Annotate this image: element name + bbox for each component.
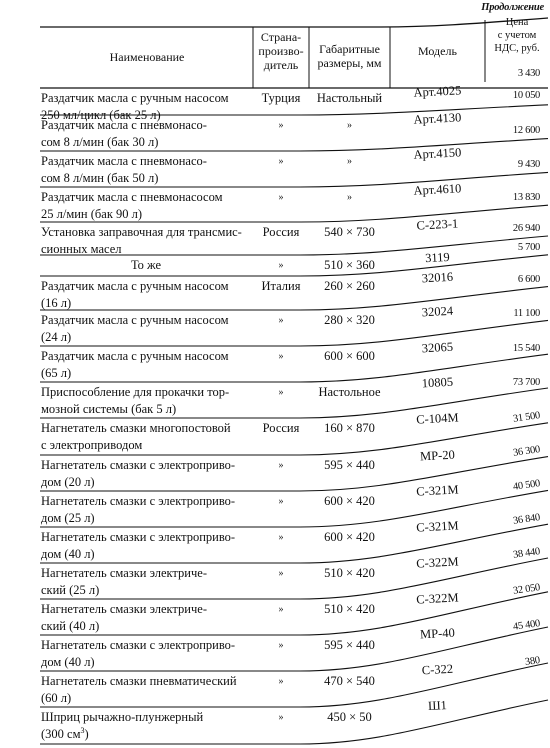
row-name-line: Раздатчик масла с ручным насосом — [41, 312, 251, 329]
row-model: 3119 — [390, 247, 486, 269]
row-name-line: (65 л) — [41, 365, 251, 382]
row-price: 38 440 — [512, 546, 540, 561]
header-price-line: НДС, руб. — [486, 42, 548, 55]
row-name-line: Нагнетатель смазки пневматический — [41, 673, 251, 690]
row-model: С-223-1 — [390, 214, 486, 236]
row-model: МР-20 — [390, 445, 486, 467]
row-name-line: ский (40 л) — [41, 618, 251, 635]
row-size: Настольный — [309, 90, 390, 107]
row-name-line: Нагнетатель смазки электриче- — [41, 601, 251, 618]
row-name: Нагнетатель смазки электриче-ский (40 л) — [41, 601, 251, 635]
row-name: Приспособление для прокачки тор-мозной с… — [41, 384, 251, 418]
row-name-line: Раздатчик масла с ручным насосом — [41, 278, 251, 295]
row-country: Италия — [253, 278, 309, 295]
row-name: Раздатчик масла с пневмонасосом25 л/мин … — [41, 189, 251, 223]
row-name: Раздатчик масла с пневмонасо-сом 8 л/мин… — [41, 117, 251, 151]
header-country: Страна- произво- дитель — [253, 30, 309, 72]
row-name: Раздатчик масла с ручным насосом(65 л) — [41, 348, 251, 382]
row-size: Настольное — [309, 384, 390, 401]
row-name-line: Нагнетатель смазки с электроприво- — [41, 457, 251, 474]
row-model: С-104М — [390, 408, 486, 430]
row-name-line: То же — [41, 257, 251, 274]
row-size: 600 × 420 — [309, 529, 390, 546]
row-name-line: 25 л/мин (бак 90 л) — [41, 206, 251, 223]
row-name-line: дом (40 л) — [41, 654, 251, 671]
header-model: Модель — [390, 44, 485, 58]
row-name-line: с электроприводом — [41, 437, 251, 454]
row-model: 32016 — [390, 267, 486, 289]
row-model: 32024 — [390, 301, 486, 323]
row-name-line: Раздатчик масла с ручным насосом — [41, 348, 251, 365]
row-name: Нагнетатель смазки многопостовойс электр… — [41, 420, 251, 454]
header-price-line: Цена — [486, 16, 548, 29]
row-name-line: сом 8 л/мин (бак 50 л) — [41, 170, 251, 187]
row-name-line: сионных масел — [41, 241, 251, 258]
row-country: » — [253, 312, 309, 329]
row-model: С-322М — [390, 552, 486, 574]
row-country: » — [253, 601, 309, 618]
row-price: 380 — [524, 655, 540, 668]
header-country-line: произво- — [253, 44, 309, 58]
row-price: 11 100 — [513, 308, 540, 319]
row-name-line: (16 л) — [41, 295, 251, 312]
row-size: 595 × 440 — [309, 457, 390, 474]
header-price: Цена с учетом НДС, руб. — [486, 16, 548, 55]
header-name: Наименование — [41, 50, 253, 64]
row-price: 32 050 — [512, 582, 540, 597]
row-name: Нагнетатель смазки с электроприво-дом (2… — [41, 457, 251, 491]
row-model: С-321М — [390, 480, 486, 502]
row-price: 9 430 — [518, 159, 540, 170]
header-price-line: с учетом — [486, 29, 548, 42]
header-size-line: Габаритные — [309, 42, 390, 56]
row-size: 510 × 420 — [309, 601, 390, 618]
row-country: Россия — [253, 420, 309, 437]
row-model: С-322М — [390, 588, 486, 610]
row-price: 31 500 — [512, 410, 540, 425]
row-name-line: (60 л) — [41, 690, 251, 707]
row-name: Шприц рычажно-плунжерный(300 см3) — [41, 709, 251, 743]
row-price: 15 540 — [513, 343, 540, 354]
row-size: 160 × 870 — [309, 420, 390, 437]
row-model: Арт.4025 — [390, 81, 486, 103]
row-price: 5 700 — [518, 242, 540, 253]
row-name-line: Раздатчик масла с пневмонасо- — [41, 153, 251, 170]
row-name-line: Раздатчик масла с пневмонасосом — [41, 189, 251, 206]
row-name-line: дом (20 л) — [41, 474, 251, 491]
row-model: Арт.4610 — [390, 179, 486, 201]
row-name-line: Шприц рычажно-плунжерный — [41, 709, 251, 726]
row-price: 45 400 — [512, 618, 540, 633]
row-name: Раздатчик масла с пневмонасо-сом 8 л/мин… — [41, 153, 251, 187]
row-name: Нагнетатель смазки с электроприво-дом (2… — [41, 493, 251, 527]
row-model: С-322 — [390, 659, 486, 681]
row-country: » — [253, 153, 309, 170]
row-size: » — [309, 117, 390, 134]
row-price: 3 430 — [518, 68, 540, 79]
header-size-line: размеры, мм — [309, 56, 390, 70]
row-name-line: Раздатчик масла с пневмонасо- — [41, 117, 251, 134]
row-name-line: Нагнетатель смазки многопостовой — [41, 420, 251, 437]
row-country: » — [253, 117, 309, 134]
row-model: Арт.4130 — [390, 108, 486, 130]
row-country: Россия — [253, 224, 309, 241]
row-name: Нагнетатель смазки электриче-ский (25 л) — [41, 565, 251, 599]
row-country: Турция — [253, 90, 309, 107]
row-name-line: дом (25 л) — [41, 510, 251, 527]
row-country: » — [253, 457, 309, 474]
row-size: 600 × 600 — [309, 348, 390, 365]
row-model: 32065 — [390, 337, 486, 359]
row-name: Раздатчик масла с ручным насосом(24 л) — [41, 312, 251, 346]
row-price: 6 600 — [518, 274, 540, 285]
row-size: » — [309, 189, 390, 206]
row-price: 10 050 — [513, 90, 540, 101]
row-country: » — [253, 637, 309, 654]
row-size: 510 × 420 — [309, 565, 390, 582]
row-size: 510 × 360 — [309, 257, 390, 274]
row-country: » — [253, 565, 309, 582]
row-country: » — [253, 384, 309, 401]
continuation-label: Продолжение — [481, 2, 544, 13]
row-model: С-321М — [390, 516, 486, 538]
row-name-line: мозной системы (бак 5 л) — [41, 401, 251, 418]
row-country: » — [253, 257, 309, 274]
header-size: Габаритные размеры, мм — [309, 42, 390, 70]
row-country: » — [253, 189, 309, 206]
row-size: 600 × 420 — [309, 493, 390, 510]
row-name: Нагнетатель смазки пневматический(60 л) — [41, 673, 251, 707]
row-size: 260 × 260 — [309, 278, 390, 295]
row-size: 470 × 540 — [309, 673, 390, 690]
row-model: МР-40 — [390, 623, 486, 645]
row-price: 36 840 — [512, 512, 540, 527]
row-size: 450 × 50 — [309, 709, 390, 726]
row-name-line: сом 8 л/мин (бак 30 л) — [41, 134, 251, 151]
row-country: » — [253, 673, 309, 690]
row-name-line: ский (25 л) — [41, 582, 251, 599]
row-price: 36 300 — [512, 444, 540, 459]
row-name-line: Нагнетатель смазки электриче- — [41, 565, 251, 582]
row-price: 73 700 — [513, 377, 540, 388]
row-name: Нагнетатель смазки с электроприво-дом (4… — [41, 529, 251, 563]
row-country: » — [253, 348, 309, 365]
row-name-line: Нагнетатель смазки с электроприво- — [41, 493, 251, 510]
row-size: 595 × 440 — [309, 637, 390, 654]
row-name-line: Нагнетатель смазки с электроприво- — [41, 637, 251, 654]
row-model: Арт.4150 — [390, 143, 486, 165]
header-country-line: Страна- — [253, 30, 309, 44]
row-price: 26 940 — [513, 223, 540, 234]
row-name-line: дом (40 л) — [41, 546, 251, 563]
row-price: 40 500 — [512, 478, 540, 493]
row-name: Раздатчик масла с ручным насосом(16 л) — [41, 278, 251, 312]
row-name: Нагнетатель смазки с электроприво-дом (4… — [41, 637, 251, 671]
row-name-line: Установка заправочная для трансмис- — [41, 224, 251, 241]
header-country-line: дитель — [253, 58, 309, 72]
row-name-line: Нагнетатель смазки с электроприво- — [41, 529, 251, 546]
row-model: 10805 — [390, 372, 486, 394]
row-size: » — [309, 153, 390, 170]
row-model: Ш1 — [390, 695, 486, 717]
row-price: 12 600 — [513, 125, 540, 136]
row-country: » — [253, 529, 309, 546]
row-name: Установка заправочная для трансмис-сионн… — [41, 224, 251, 258]
row-country: » — [253, 709, 309, 726]
row-name-line: Раздатчик масла с ручным насосом — [41, 90, 251, 107]
row-name-line: (24 л) — [41, 329, 251, 346]
row-size: 540 × 730 — [309, 224, 390, 241]
row-size: 280 × 320 — [309, 312, 390, 329]
row-name-line: Приспособление для прокачки тор- — [41, 384, 251, 401]
row-price: 13 830 — [513, 192, 540, 203]
row-name: То же — [41, 257, 251, 274]
row-name-line: (300 см3) — [41, 726, 251, 743]
row-country: » — [253, 493, 309, 510]
